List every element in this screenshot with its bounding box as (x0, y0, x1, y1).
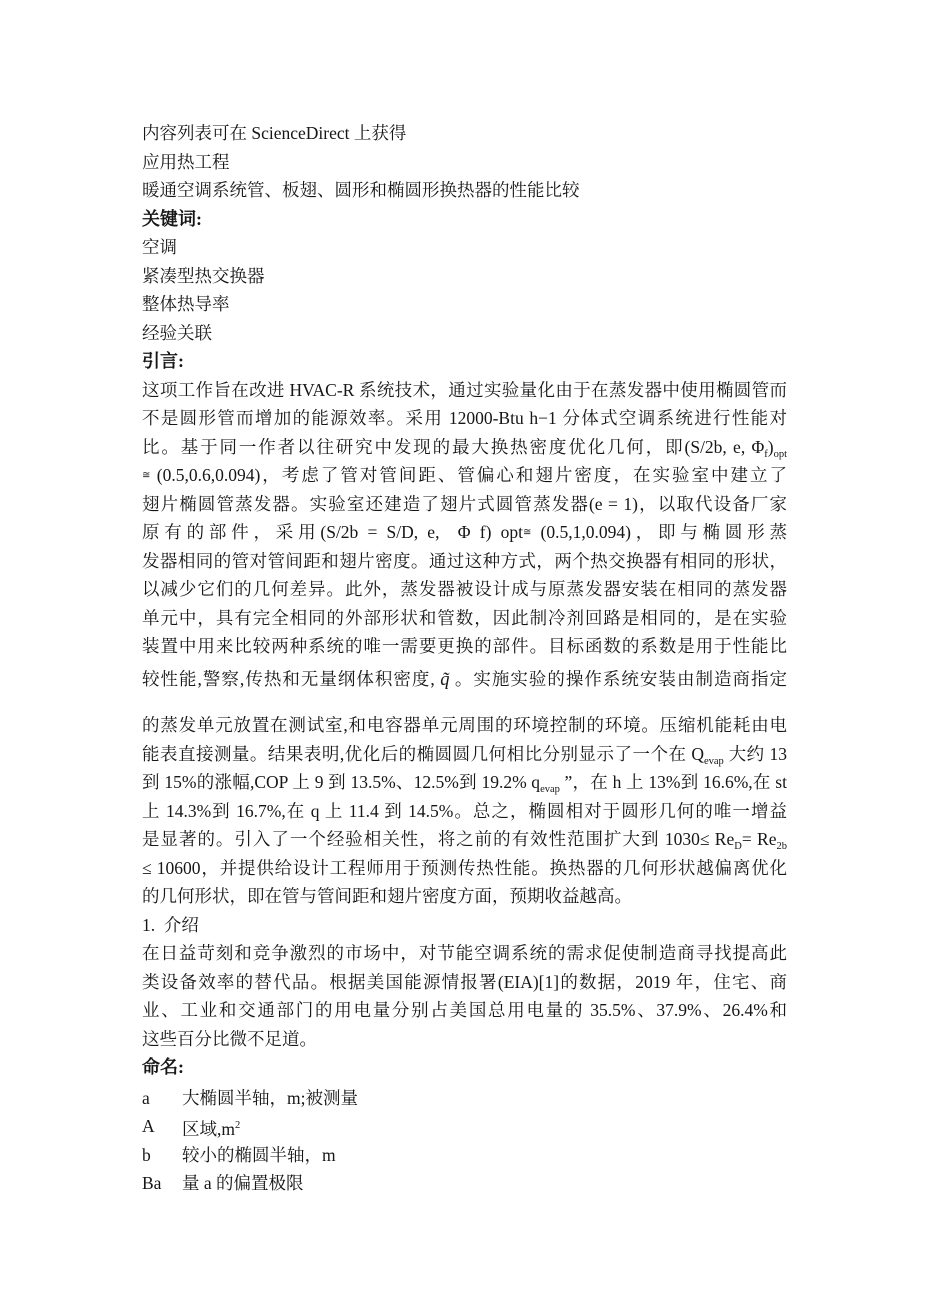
nomenclature-symbol: Ba (142, 1169, 182, 1198)
nomenclature-row: Ba 量 a 的偏置极限 (142, 1169, 787, 1198)
text-line: 比。基于同一作者以往研究中发现的最大换热密度优化几何，即(S/2b, e, Φf… (142, 433, 787, 462)
text-line: 类设备效率的替代品。根据美国能源情报署(EIA)[1]的数据，2019 年，住宅… (142, 968, 787, 997)
nomenclature-symbol: a (142, 1084, 182, 1113)
keyword-item: 经验关联 (142, 319, 787, 348)
nomenclature-description: 大椭圆半轴，m;被测量 (182, 1084, 787, 1113)
abstract-paragraph-2: 的蒸发单元放置在测试室,和电容器单元周围的环境控制的环境。压缩机能耗由电 能表直… (142, 711, 787, 911)
keyword-item: 紧凑型热交换器 (142, 262, 787, 291)
section-1-heading: 1. 介绍 (142, 911, 787, 940)
nomenclature-row: a 大椭圆半轴，m;被测量 (142, 1084, 787, 1113)
introduction-paragraph: 在日益苛刻和竞争激烈的市场中，对节能空调系统的需求促使制造商寻找提高此 类设备效… (142, 939, 787, 1053)
text-line: 原有的部件，采用(S/2b = S/D, e, Φ f) opt≅ (0.5,1… (142, 518, 787, 547)
introduction-heading: 引言: (142, 347, 787, 376)
text-line: 是显著的。引入了一个经验相关性，将之前的有效性范围扩大到 1030≤ ReD= … (142, 825, 787, 854)
keywords-heading: 关键词: (142, 205, 787, 234)
header-line-journal: 应用热工程 (142, 148, 787, 177)
keyword-item: 空调 (142, 233, 787, 262)
text-line: 翅片椭圆管蒸发器。实验室还建造了翅片式圆管蒸发器(e = 1)，以取代设备厂家 (142, 490, 787, 519)
document-page: 内容列表可在 ScienceDirect 上获得 应用热工程 暖通空调系统管、板… (0, 0, 926, 1309)
text-line: 发器相同的管对管间距和翅片密度。通过这种方式，两个热交换器有相同的形状， (142, 547, 787, 576)
text-line: 的蒸发单元放置在测试室,和电容器单元周围的环境控制的环境。压缩机能耗由电 (142, 711, 787, 740)
nomenclature-row: A 区域,m2 (142, 1112, 787, 1141)
text-line: 这项工作旨在改进 HVAC-R 系统技术，通过实验量化由于在蒸发器中使用椭圆管而 (142, 376, 787, 405)
text-line: 能表直接测量。结果表明,优化后的椭圆圆几何相比分别显示了一个在 Qevap 大约… (142, 740, 787, 769)
text-line: ≅ (0.5,0.6,0.094)，考虑了管对管间距、管偏心和翅片密度，在实验室… (142, 461, 787, 490)
text-line: 不是圆形管而增加的能源效率。采用 12000-Btu h−1 分体式空调系统进行… (142, 404, 787, 433)
abstract-paragraph-1: 这项工作旨在改进 HVAC-R 系统技术，通过实验量化由于在蒸发器中使用椭圆管而… (142, 376, 787, 694)
nomenclature-row: b 较小的椭圆半轴，m (142, 1141, 787, 1170)
nomenclature-heading: 命名: (142, 1053, 787, 1082)
paper-title: 暖通空调系统管、板翅、圆形和椭圆形换热器的性能比较 (142, 176, 787, 205)
document-content: 内容列表可在 ScienceDirect 上获得 应用热工程 暖通空调系统管、板… (142, 119, 787, 1198)
nomenclature-symbol: A (142, 1112, 182, 1141)
nomenclature-description: 量 a 的偏置极限 (182, 1169, 787, 1198)
text-line: 较性能,警察,传热和无量纲体积密度, q̃ 。实施实验的操作系统安装由制造商指定 (142, 665, 787, 694)
text-line: 装置中用来比较两种系统的唯一需要更换的部件。目标函数的系数是用于性能比 (142, 632, 787, 661)
text-line: 单元中，具有完全相同的外部形状和管数，因此制冷剂回路是相同的，是在实验 (142, 604, 787, 633)
nomenclature-description: 较小的椭圆半轴，m (182, 1141, 787, 1170)
nomenclature-symbol: b (142, 1141, 182, 1170)
text-line: ≤ 10600，并提供给设计工程师用于预测传热性能。换热器的几何形状越偏离优化 (142, 854, 787, 883)
text-line: 业、工业和交通部门的用电量分别占美国总用电量的 35.5%、37.9%、26.4… (142, 996, 787, 1025)
text-line: 以减少它们的几何差异。此外，蒸发器被设计成与原蒸发器安装在相同的蒸发器 (142, 575, 787, 604)
text-line: 上 14.3%到 16.7%,在 q 上 11.4 到 14.5%。总之，椭圆相… (142, 797, 787, 826)
keyword-item: 整体热导率 (142, 290, 787, 319)
nomenclature-description: 区域,m2 (182, 1112, 787, 1141)
text-line: 在日益苛刻和竞争激烈的市场中，对节能空调系统的需求促使制造商寻找提高此 (142, 939, 787, 968)
text-line: 的几何形状，即在管与管间距和翅片密度方面，预期收益越高。 (142, 882, 787, 911)
nomenclature-list: a 大椭圆半轴，m;被测量 A 区域,m2 b 较小的椭圆半轴，m Ba 量 a… (142, 1084, 787, 1198)
text-line: 这些百分比微不足道。 (142, 1025, 787, 1054)
text-line: 到 15%的涨幅,COP 上 9 到 13.5%、12.5%到 19.2% qe… (142, 768, 787, 797)
header-line-sciencedirect: 内容列表可在 ScienceDirect 上获得 (142, 119, 787, 148)
